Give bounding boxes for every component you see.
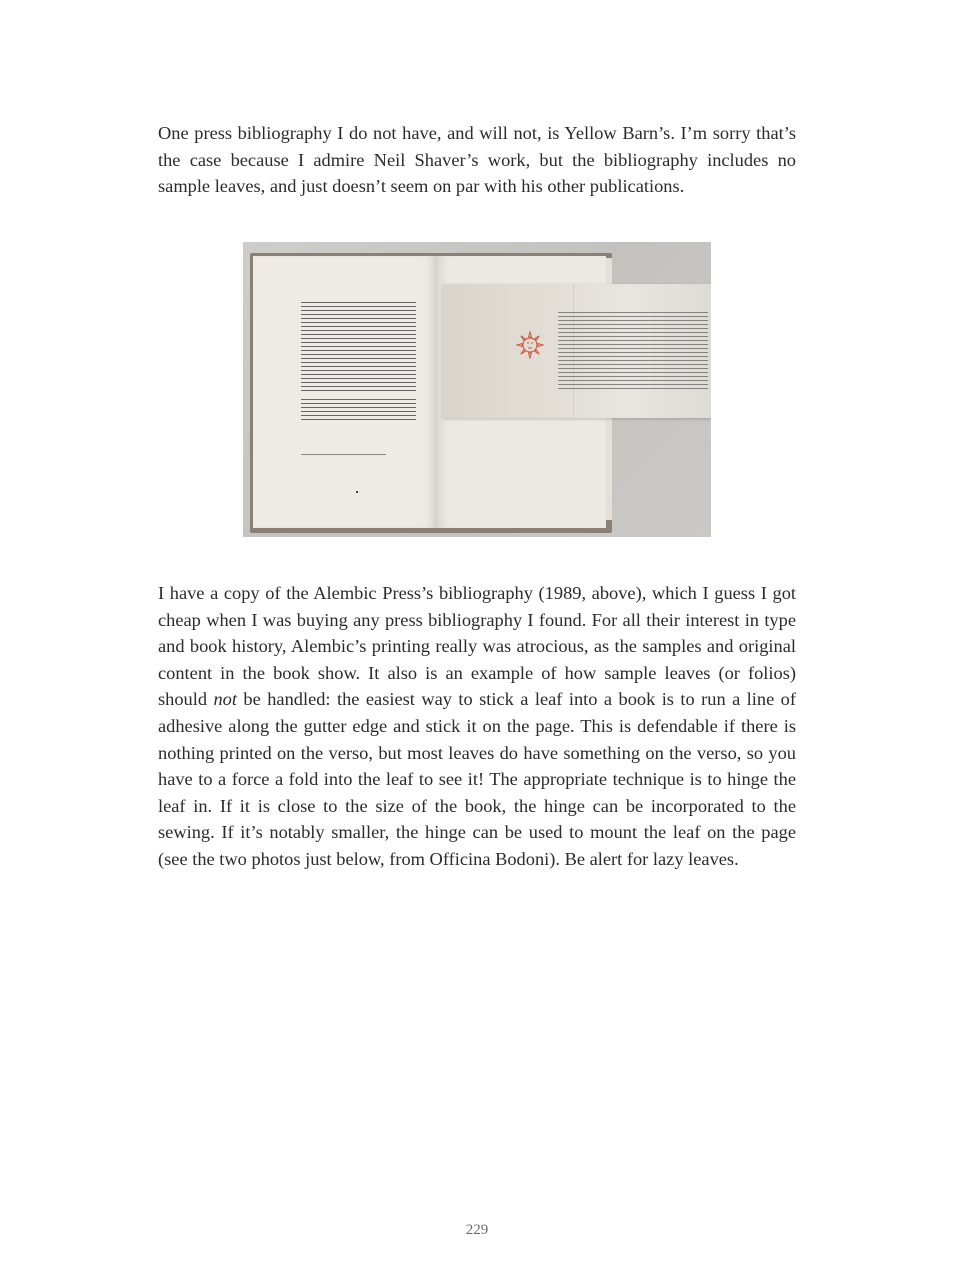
book-photo: [243, 242, 711, 537]
paragraph-text: be handled: the easiest way to stick a l…: [158, 689, 796, 869]
leaf-text-block: [558, 312, 708, 392]
sample-leaf: [443, 284, 711, 418]
printed-text-block: [301, 399, 416, 421]
sun-ornament-icon: [516, 331, 544, 359]
caption-line: [301, 454, 386, 456]
emphasis-not: not: [213, 689, 237, 709]
printed-text-block: [301, 302, 416, 394]
paragraph-yellow-barn: One press bibliography I do not have, an…: [158, 120, 796, 200]
page-number: 229: [0, 1222, 954, 1239]
paragraph-alembic-press: I have a copy of the Alembic Press’s bib…: [158, 580, 796, 873]
left-page: [253, 256, 437, 528]
folio-mark: [356, 491, 358, 493]
